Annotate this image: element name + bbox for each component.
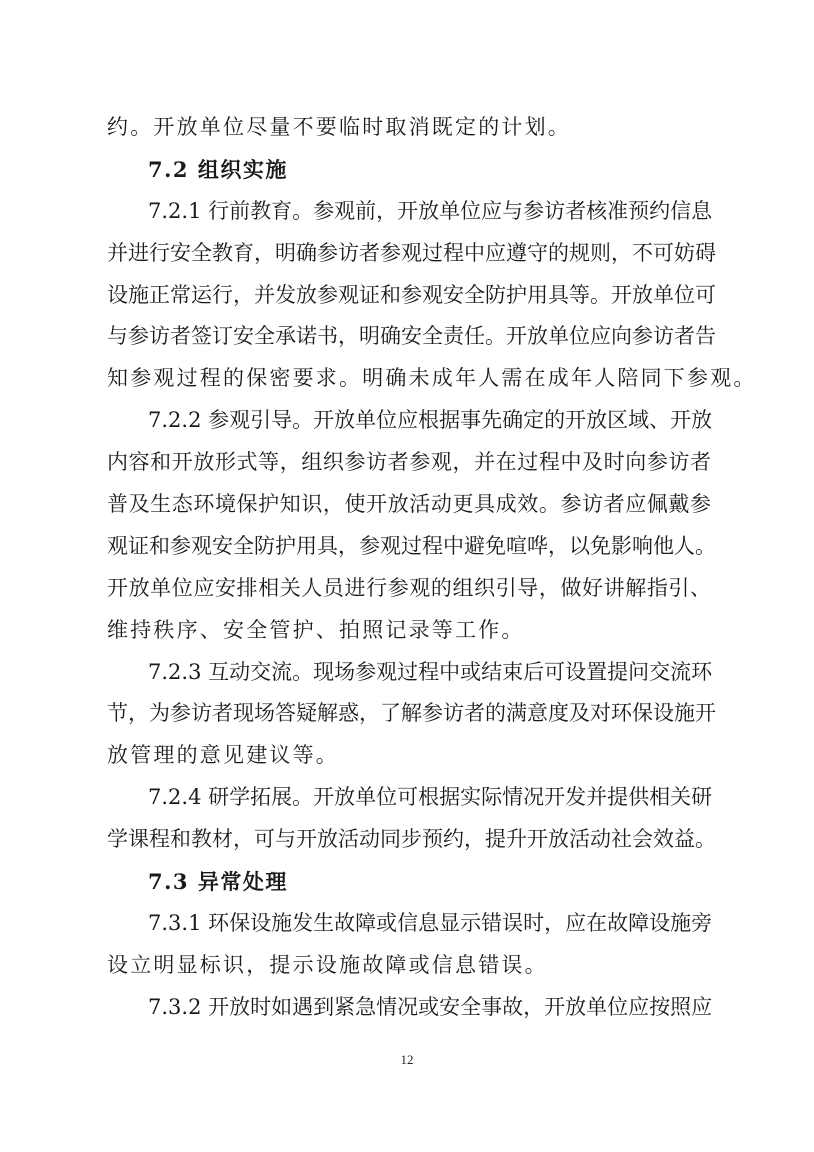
- section-heading-7-3: 7.3 异常处理: [107, 861, 711, 903]
- paragraph-line: 知参观过程的保密要求。明确未成年人需在成年人陪同下参观。: [107, 358, 711, 400]
- document-page: 约。开放单位尽量不要临时取消既定的计划。 7.2 组织实施 7.2.1 行前教育…: [0, 0, 814, 1152]
- paragraph-line: 与参访者签订安全承诺书，明确安全责任。开放单位应向参访者告: [107, 316, 711, 358]
- paragraph-line: 设立明显标识，提示设施故障或信息错误。: [107, 945, 711, 987]
- paragraph-line: 节，为参访者现场答疑解惑，了解参访者的满意度及对环保设施开: [107, 693, 711, 735]
- body-text: 约。开放单位尽量不要临时取消既定的计划。 7.2 组织实施 7.2.1 行前教育…: [107, 107, 711, 1029]
- clause-7-2-3-line: 7.2.3 互动交流。现场参观过程中或结束后可设置提问交流环: [107, 652, 711, 694]
- paragraph-line: 维持秩序、安全管护、拍照记录等工作。: [107, 610, 711, 652]
- clause-7-3-2-line: 7.3.2 开放时如遇到紧急情况或安全事故，开放单位应按照应: [107, 987, 711, 1029]
- clause-7-2-4-line: 7.2.4 研学拓展。开放单位可根据实际情况开发并提供相关研: [107, 777, 711, 819]
- paragraph-line: 并进行安全教育，明确参访者参观过程中应遵守的规则，不可妨碍: [107, 233, 711, 275]
- paragraph-line: 观证和参观安全防护用具，参观过程中避免喧哗，以免影响他人。: [107, 526, 711, 568]
- paragraph-line: 放管理的意见建议等。: [107, 735, 711, 777]
- clause-7-3-1-line: 7.3.1 环保设施发生故障或信息显示错误时，应在故障设施旁: [107, 903, 711, 945]
- paragraph-line: 内容和开放形式等，组织参访者参观，并在过程中及时向参访者: [107, 442, 711, 484]
- paragraph-line: 开放单位应安排相关人员进行参观的组织引导，做好讲解指引、: [107, 568, 711, 610]
- clause-7-2-1-line: 7.2.1 行前教育。参观前，开放单位应与参访者核准预约信息: [107, 191, 711, 233]
- paragraph-line: 普及生态环境保护知识，使开放活动更具成效。参访者应佩戴参: [107, 484, 711, 526]
- paragraph-line: 设施正常运行，并发放参观证和参观安全防护用具等。开放单位可: [107, 275, 711, 317]
- clause-7-2-2-line: 7.2.2 参观引导。开放单位应根据事先确定的开放区域、开放: [107, 400, 711, 442]
- section-heading-7-2: 7.2 组织实施: [107, 149, 711, 191]
- page-number: 12: [0, 1052, 814, 1068]
- paragraph-line: 约。开放单位尽量不要临时取消既定的计划。: [107, 107, 711, 149]
- paragraph-line: 学课程和教材，可与开放活动同步预约，提升开放活动社会效益。: [107, 819, 711, 861]
